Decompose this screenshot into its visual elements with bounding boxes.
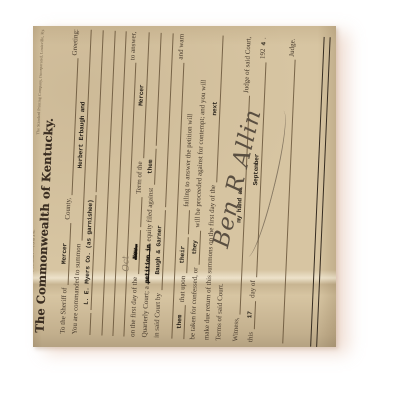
typed-garnishee-name: L. E. Myers Co. (as garnishee) — [84, 194, 97, 310]
date-pre: this — [247, 332, 254, 342]
summon-line-pre: You are commanded to summon — [71, 244, 82, 335]
sheriff-line-post: County, — [64, 198, 72, 220]
typed-county: Mercer — [61, 223, 72, 285]
blank-rule — [149, 33, 162, 147]
judge-line: Judge. — [275, 38, 296, 343]
typed-court-county: Mercer — [136, 32, 150, 159]
term-month-blank: Nov. Oct — [131, 230, 141, 274]
judge-label: Judge. — [289, 38, 297, 56]
greeting-label: Greeting: — [72, 29, 80, 56]
confessed-post: will be proceeded against for contempt; … — [194, 80, 207, 228]
to-answer-label: to answer, — [129, 32, 137, 61]
date-mid: day of — [249, 280, 257, 298]
typed-plaintiff: Baugh & Garner — [154, 210, 165, 290]
witness-pre: Witness, — [232, 317, 240, 341]
typed-year-digit: 4 — [261, 42, 267, 46]
and-warn-label: and warn — [178, 34, 186, 60]
document-content: Summons, Order of Attachment and Garnish… — [33, 26, 336, 347]
typed-next: next — [209, 35, 223, 182]
first-day-mid: Term of the — [136, 161, 144, 194]
bottom-rule-2 — [316, 37, 331, 347]
first-day-pre: on the first day of the — [129, 277, 139, 337]
typed-them-2: them — [176, 305, 185, 339]
scanned-page: Summons, Order of Attachment and Garnish… — [0, 0, 400, 400]
said-court-pre: in said Court by — [153, 293, 162, 338]
typed-their: their — [179, 237, 189, 273]
overstruck-words: petition in — [145, 244, 153, 283]
blank-rule — [133, 197, 142, 227]
signature-rule — [275, 59, 295, 343]
typed-them: them — [147, 149, 157, 185]
sheriff-line-pre: To the Sheriff of — [59, 287, 68, 333]
year-prefix: 192 — [260, 48, 267, 59]
confessed-pre: be taken for confessed, or — [189, 267, 199, 339]
blank-rule — [181, 210, 190, 234]
typed-day: 17 — [247, 301, 256, 329]
failing-post: failing to answer the petition will — [183, 114, 194, 207]
paper-sheet: Summons, Order of Attachment and Garnish… — [33, 26, 336, 347]
quarterly-mid: equity filed against — [146, 188, 155, 242]
witness-post: Judge of said Court, — [243, 37, 252, 94]
typed-struck-month: Nov. — [132, 245, 140, 259]
handwritten-oct: Oct — [122, 255, 131, 271]
quarterly-pre: Quarterly Court; a — [141, 286, 150, 338]
failing-mid: that upon — [179, 276, 187, 303]
blank-rule — [82, 313, 91, 335]
year-period: . — [261, 37, 268, 39]
typed-they: they — [192, 230, 201, 264]
blank-rule — [65, 58, 79, 195]
terms-label: Terms of said Court. — [215, 283, 224, 341]
